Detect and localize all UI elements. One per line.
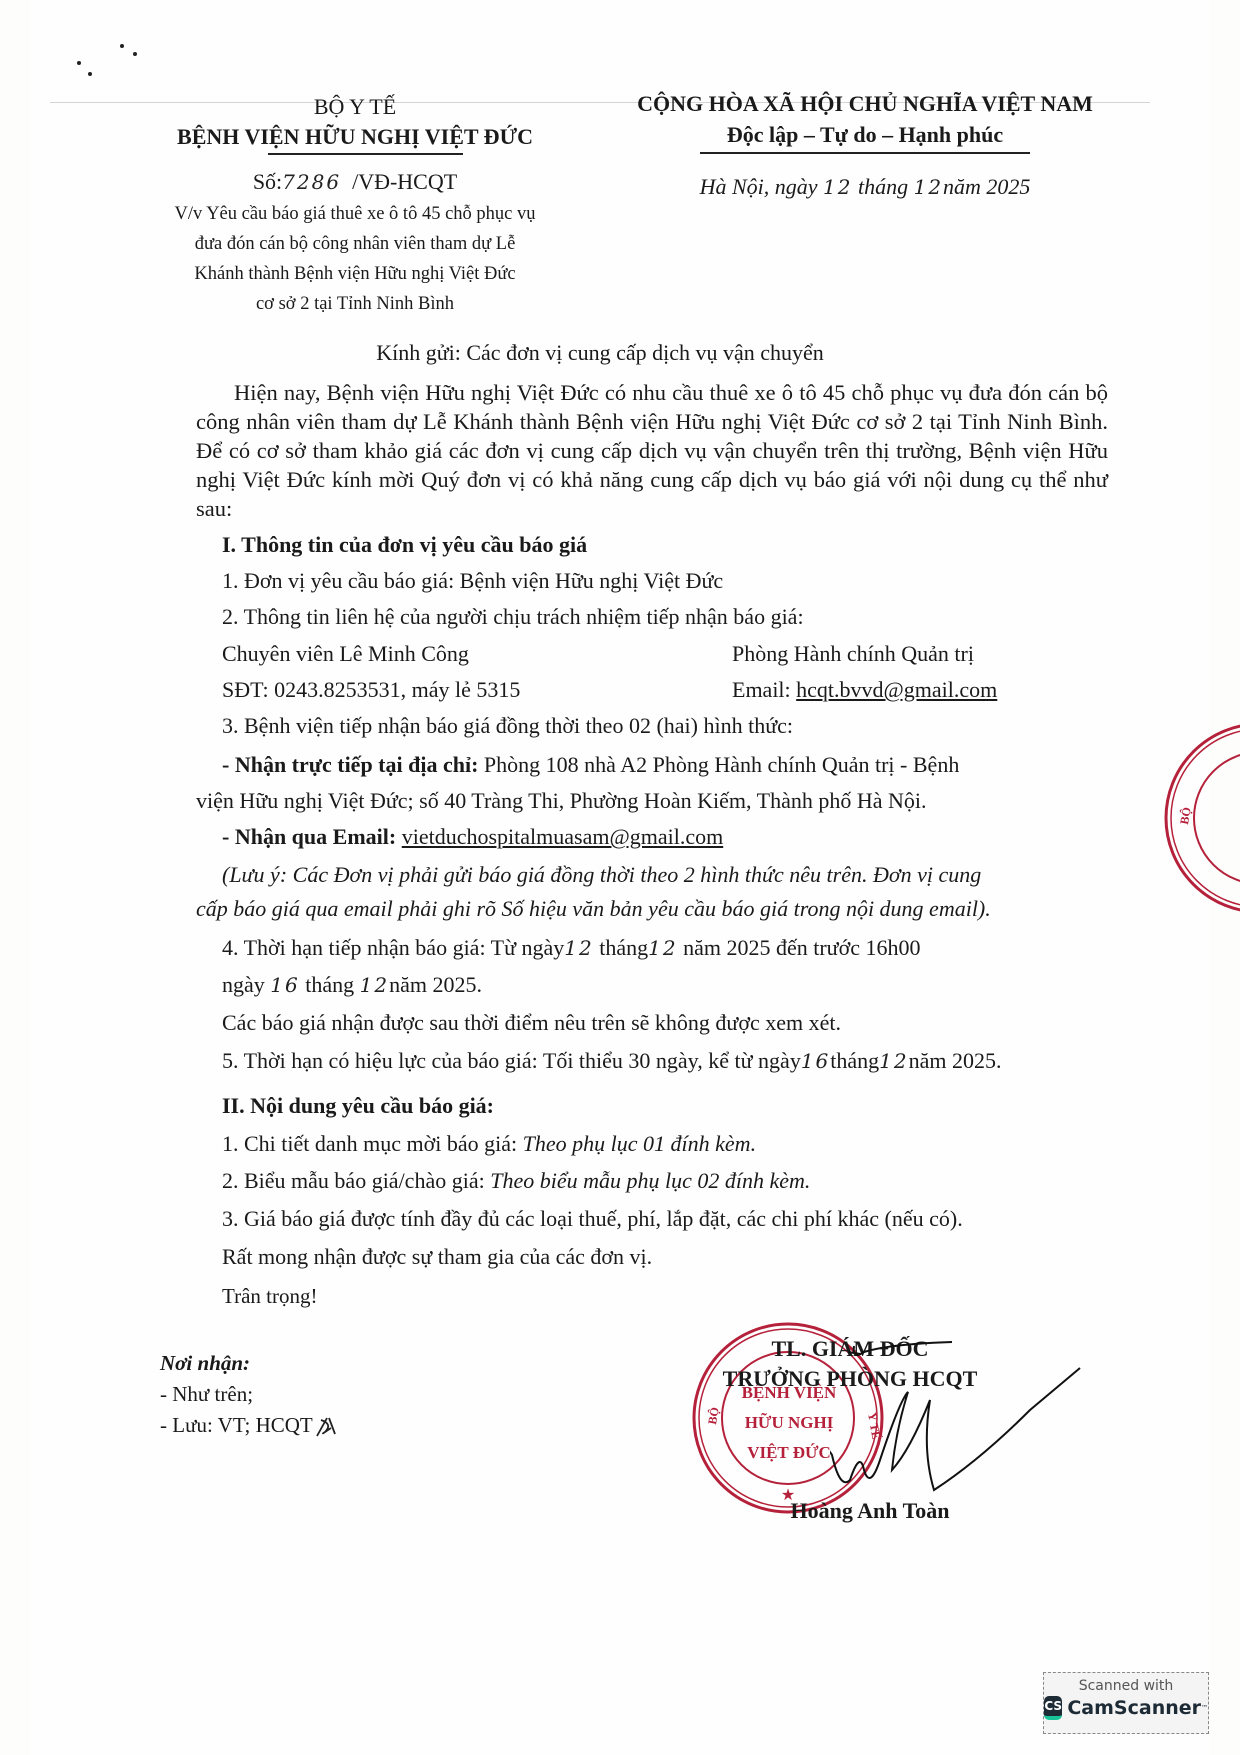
item5-text: tháng bbox=[830, 1048, 879, 1073]
handwritten-signature-icon bbox=[830, 1340, 1090, 1510]
badge-caption: Scanned with bbox=[1044, 1678, 1208, 1694]
item4-text: năm 2025. bbox=[389, 972, 482, 997]
recipient-item: - Như trên; bbox=[160, 1379, 339, 1410]
item-label: 2. Biểu mẫu báo giá/chào giá: bbox=[222, 1168, 490, 1193]
contact-email-row: Email: hcqt.bvvd@gmail.com bbox=[732, 677, 997, 703]
document-number: Số:7286 /VĐ-HCQT bbox=[120, 167, 590, 197]
note-line: cấp báo giá qua email phải ghi rõ Số hiệ… bbox=[196, 896, 991, 922]
stamp-edge-icon: BỘ bbox=[1160, 718, 1240, 918]
date-month-label: tháng bbox=[858, 174, 908, 199]
section-2-item-1: 1. Chi tiết danh mục mời báo giá: Theo p… bbox=[222, 1131, 756, 1157]
document-page: BỘ Y TẾ BỆNH VIỆN HỮU NGHỊ VIỆT ĐỨC Số:7… bbox=[0, 0, 1240, 1755]
item-value: Theo biểu mẫu phụ lục 02 đính kèm. bbox=[490, 1168, 810, 1193]
header-underline bbox=[268, 153, 463, 155]
motto-underline bbox=[700, 152, 1030, 154]
national-motto: Độc lập – Tự do – Hạnh phúc bbox=[590, 120, 1140, 150]
handwritten-month: 12 bbox=[648, 936, 677, 960]
date-year: năm 2025 bbox=[943, 174, 1030, 199]
direct-address: Phòng 108 nhà A2 Phòng Hành chính Quản t… bbox=[478, 752, 959, 777]
section-1-item-4: 4. Thời hạn tiếp nhận báo giá: Từ ngày12… bbox=[222, 935, 921, 961]
document-subject: V/v Yêu cầu báo giá thuê xe ô tô 45 chỗ … bbox=[120, 199, 590, 319]
handwritten-day: 12 bbox=[564, 936, 593, 960]
section-2-item-2: 2. Biểu mẫu báo giá/chào giá: Theo biểu … bbox=[222, 1168, 810, 1194]
date-day-handwritten: 12 bbox=[823, 175, 852, 199]
section-1-heading: I. Thông tin của đơn vị yêu cầu báo giá bbox=[222, 532, 587, 558]
salutation: Kính gửi: Các đơn vị cung cấp dịch vụ vậ… bbox=[170, 340, 1030, 366]
item4-text: tháng bbox=[599, 935, 648, 960]
doc-number-label: Số: bbox=[253, 169, 282, 194]
item4-text: ngày bbox=[222, 972, 265, 997]
partial-stamp-edge: BỘ bbox=[1160, 718, 1240, 918]
svg-text:BỘ: BỘ bbox=[1177, 806, 1194, 826]
recipient-item: - Lưu: VT; HCQT bbox=[160, 1410, 339, 1441]
contact-email-label: Email: bbox=[732, 677, 791, 702]
item5-text: năm 2025. bbox=[909, 1048, 1002, 1073]
section-1-item-2: 2. Thông tin liên hệ của người chịu trác… bbox=[222, 604, 804, 630]
handwritten-month: 12 bbox=[879, 1049, 908, 1073]
hospital-name: BỆNH VIỆN HỮU NGHỊ VIỆT ĐỨC bbox=[120, 122, 590, 152]
item5-text: 5. Thời hạn có hiệu lực của báo giá: Tối… bbox=[222, 1048, 801, 1073]
national-header: CỘNG HÒA XÃ HỘI CHỦ NGHĨA VIỆT NAM Độc l… bbox=[590, 88, 1140, 202]
contact-phone: SĐT: 0243.8253531, máy lẻ 5315 bbox=[222, 677, 520, 703]
item4-text: 4. Thời hạn tiếp nhận báo giá: Từ ngày bbox=[222, 935, 564, 960]
contact-email-link[interactable]: hcqt.bvvd@gmail.com bbox=[796, 677, 997, 702]
scan-speck bbox=[120, 44, 124, 48]
item4-text: tháng bbox=[305, 972, 354, 997]
scan-speck bbox=[133, 52, 137, 56]
issue-date: Hà Nội, ngày 12 tháng 12năm 2025 bbox=[590, 172, 1140, 202]
item-label: 1. Chi tiết danh mục mời báo giá: bbox=[222, 1131, 523, 1156]
intro-text: Hiện nay, Bệnh viện Hữu nghị Việt Đức có… bbox=[196, 380, 1108, 521]
issuer-header: BỘ Y TẾ BỆNH VIỆN HỮU NGHỊ VIỆT ĐỨC Số:7… bbox=[120, 92, 590, 319]
recipients-block: Nơi nhận: - Như trên; - Lưu: VT; HCQT bbox=[160, 1348, 339, 1441]
section-2-item-3: 3. Giá báo giá được tính đầy đủ các loại… bbox=[222, 1206, 963, 1232]
direct-address-cont: viện Hữu nghị Việt Đức; số 40 Tràng Thi,… bbox=[196, 788, 927, 814]
section-1-item-3: 3. Bệnh viện tiếp nhận báo giá đồng thời… bbox=[222, 713, 793, 739]
recipient-text: - Lưu: VT; HCQT bbox=[160, 1413, 313, 1437]
camscanner-logo-icon: CS bbox=[1044, 1696, 1062, 1720]
scan-speck bbox=[77, 61, 81, 65]
scan-speck bbox=[88, 72, 92, 76]
item-value: Theo phụ lục 01 đính kèm. bbox=[523, 1131, 756, 1156]
contact-name: Chuyên viên Lê Minh Công bbox=[222, 641, 469, 667]
email-submission-label: - Nhận qua Email: bbox=[222, 824, 396, 849]
closing-line: Rất mong nhận được sự tham gia của các đ… bbox=[222, 1244, 652, 1270]
section-1-item-5: 5. Thời hạn có hiệu lực của báo giá: Tối… bbox=[222, 1048, 1002, 1074]
section-1-item-4-cont: ngày 16 tháng 12năm 2025. bbox=[222, 972, 482, 998]
doc-number-handwritten: 7286 bbox=[282, 170, 341, 194]
date-place: Hà Nội, ngày bbox=[700, 174, 818, 199]
direct-label: - Nhận trực tiếp tại địa chỉ: bbox=[222, 752, 478, 777]
camscanner-badge: Scanned with CS CamScanner™ bbox=[1043, 1672, 1209, 1734]
contact-department: Phòng Hành chính Quản trị bbox=[732, 641, 974, 667]
subject-line: cơ sở 2 tại Tỉnh Ninh Bình bbox=[120, 289, 590, 319]
direct-submission: - Nhận trực tiếp tại địa chỉ: Phòng 108 … bbox=[222, 752, 959, 778]
initials-scribble-icon bbox=[313, 1414, 339, 1440]
section-1-item-1: 1. Đơn vị yêu cầu báo giá: Bệnh viện Hữu… bbox=[222, 568, 723, 594]
submission-email-link[interactable]: vietduchospitalmuasam@gmail.com bbox=[402, 824, 723, 849]
intro-paragraph: Hiện nay, Bệnh viện Hữu nghị Việt Đức có… bbox=[196, 378, 1108, 523]
handwritten-month: 12 bbox=[360, 973, 389, 997]
section-2-heading: II. Nội dung yêu cầu báo giá: bbox=[222, 1093, 494, 1119]
handwritten-day: 16 bbox=[801, 1049, 830, 1073]
signer-name: Hoàng Anh Toàn bbox=[660, 1498, 1080, 1524]
note-line: (Lưu ý: Các Đơn vị phải gửi báo giá đồng… bbox=[222, 862, 981, 888]
late-notice: Các báo giá nhận được sau thời điểm nêu … bbox=[222, 1010, 841, 1036]
handwritten-day: 16 bbox=[270, 973, 299, 997]
item4-text: năm 2025 đến trước 16h00 bbox=[683, 935, 920, 960]
badge-brand: CamScanner bbox=[1067, 1697, 1201, 1719]
subject-line: V/v Yêu cầu báo giá thuê xe ô tô 45 chỗ … bbox=[120, 199, 590, 229]
recipients-label: Nơi nhận: bbox=[160, 1348, 339, 1379]
regards: Trân trọng! bbox=[222, 1284, 317, 1309]
ministry-name: BỘ Y TẾ bbox=[120, 92, 590, 122]
doc-number-code: /VĐ-HCQT bbox=[352, 169, 457, 194]
email-submission: - Nhận qua Email: vietduchospitalmuasam@… bbox=[222, 824, 723, 850]
republic-title: CỘNG HÒA XÃ HỘI CHỦ NGHĨA VIỆT NAM bbox=[590, 88, 1140, 120]
date-month-handwritten: 12 bbox=[914, 175, 943, 199]
subject-line: đưa đón cán bộ công nhân viên tham dự Lễ bbox=[120, 229, 590, 259]
subject-line: Khánh thành Bệnh viện Hữu nghị Việt Đức bbox=[120, 259, 590, 289]
